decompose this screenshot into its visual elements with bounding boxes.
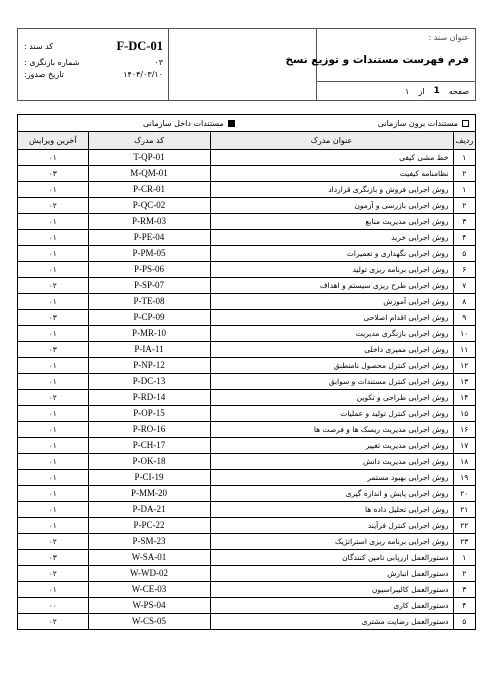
row-number: ۱۱ xyxy=(453,341,475,357)
document-code: P-MR-10 xyxy=(88,325,210,341)
code-value: F-DC-01 xyxy=(116,39,163,54)
document-code: P-CI-19 xyxy=(88,469,210,485)
table-row: ۱۲روش اجرایی کنترل محصول نامنطبقP-NP-12۰… xyxy=(18,357,475,373)
last-revision: ۰۳ xyxy=(18,341,88,357)
document-header: عنوان سند : فرم فهرست مستندات و توزیع نس… xyxy=(17,28,476,101)
table-row: ۲روش اجرایی بازرسی و آزمونP-QC-02۰۲ xyxy=(18,197,475,213)
document-title: روش اجرایی برنامه ریزی استراتژیک xyxy=(210,533,453,549)
row-number: ۱ xyxy=(453,181,475,197)
document-code: P-OK-18 xyxy=(88,453,210,469)
row-number: ۷ xyxy=(453,277,475,293)
col-header-no: ردیف xyxy=(453,132,475,149)
document-title: دستورالعمل ارزیابی تامین کنندگان xyxy=(210,549,453,565)
row-number: ۵ xyxy=(453,245,475,261)
document-title: روش اجرایی فروش و بازنگری قرارداد xyxy=(210,181,453,197)
table-row: ۷روش اجرایی طرح ریزی سیستم و اهدافP-SP-0… xyxy=(18,277,475,293)
row-number: ۲ xyxy=(453,165,475,181)
document-title: روش اجرایی کنترل فرآیند xyxy=(210,517,453,533)
table-row: ۵دستورالعمل رضایت مشتریW-CS-05۰۲ xyxy=(18,613,475,629)
table-row: ۶روش اجرایی برنامه ریزی تولیدP-PS-06۰۱ xyxy=(18,261,475,277)
row-number: ۴ xyxy=(453,597,475,613)
last-revision: ۰۱ xyxy=(18,245,88,261)
table-row: ۲دستورالعمل انبارشW-WD-02۰۲ xyxy=(18,565,475,581)
document-title: روش اجرایی بهبود مستمر xyxy=(210,469,453,485)
meta-cell: کد سند : F-DC-01 شماره بازنگری : ۰۳ تاری… xyxy=(18,29,168,100)
page-label: صفحه xyxy=(449,87,469,96)
issue-date-label: تاریخ صدور: xyxy=(24,70,64,79)
document-code: P-CR-01 xyxy=(88,181,210,197)
last-revision: ۰۳ xyxy=(18,165,88,181)
document-title: روش اجرایی خرید xyxy=(210,229,453,245)
document-title: روش اجرایی نگهداری و تعمیرات xyxy=(210,245,453,261)
last-revision: ۰۱ xyxy=(18,469,88,485)
row-number: ۱۸ xyxy=(453,453,475,469)
document-code: P-SM-23 xyxy=(88,533,210,549)
document-title: روش اجرایی کنترل محصول نامنطبق xyxy=(210,357,453,373)
table-row: ۴روش اجرایی خریدP-PE-04۰۱ xyxy=(18,229,475,245)
document-code: P-PS-06 xyxy=(88,261,210,277)
documents-table: ردیف عنوان مدرک کد مدرک آخرین ویرایش ۱خط… xyxy=(18,132,475,629)
last-revision: ۰۲ xyxy=(18,533,88,549)
last-revision: ۰۱ xyxy=(18,325,88,341)
external-docs-option[interactable]: مستندات برون سازمانی xyxy=(378,119,469,128)
document-code: P-PE-04 xyxy=(88,229,210,245)
document-title: دستورالعمل کالیبراسیون xyxy=(210,581,453,597)
document-code: P-NP-12 xyxy=(88,357,210,373)
row-number: ۱۳ xyxy=(453,373,475,389)
col-header-code: کد مدرک xyxy=(88,132,210,149)
revision-row: شماره بازنگری : ۰۳ xyxy=(24,58,163,67)
last-revision: ۰۲ xyxy=(18,197,88,213)
table-row: ۸روش اجرایی آموزشP-TE-08۰۱ xyxy=(18,293,475,309)
row-number: ۱۲ xyxy=(453,357,475,373)
document-code: W-PS-04 xyxy=(88,597,210,613)
last-revision: ۰۱ xyxy=(18,437,88,453)
document-title: روش اجرایی تحلیل داده ها xyxy=(210,501,453,517)
document-code: P-RD-14 xyxy=(88,389,210,405)
document-code: P-IA-11 xyxy=(88,341,210,357)
page-total: ۱ xyxy=(405,87,409,96)
document-title: روش اجرایی مدیریت تغییر xyxy=(210,437,453,453)
last-revision: ۰۱ xyxy=(18,261,88,277)
row-number: ۶ xyxy=(453,261,475,277)
document-title: نظامنامه کیفیت xyxy=(210,165,453,181)
internal-docs-checkbox[interactable] xyxy=(228,120,235,127)
row-number: ۲۳ xyxy=(453,533,475,549)
document-code: M-QM-01 xyxy=(88,165,210,181)
document-title: روش اجرایی بازرسی و آزمون xyxy=(210,197,453,213)
table-row: ۲۳روش اجرایی برنامه ریزی استراتژیکP-SM-2… xyxy=(18,533,475,549)
document-title: روش اجرایی ممیزی داخلی xyxy=(210,341,453,357)
row-number: ۱۵ xyxy=(453,405,475,421)
last-revision: ۰۱ xyxy=(18,229,88,245)
table-row: ۵روش اجرایی نگهداری و تعمیراتP-PM-05۰۱ xyxy=(18,245,475,261)
document-code: P-PM-05 xyxy=(88,245,210,261)
code-row: کد سند : F-DC-01 xyxy=(24,39,163,54)
document-code: P-MM-20 xyxy=(88,485,210,501)
row-number: ۱ xyxy=(453,549,475,565)
table-row: ۲نظامنامه کیفیتM-QM-01۰۳ xyxy=(18,165,475,181)
table-row: ۱خط مشی کیفیT-QP-01۰۱ xyxy=(18,149,475,165)
last-revision: ۰۱ xyxy=(18,405,88,421)
table-row: ۹روش اجرایی اقدام اصلاحیP-CP-09۰۳ xyxy=(18,309,475,325)
row-number: ۱۹ xyxy=(453,469,475,485)
document-title: خط مشی کیفی xyxy=(210,149,453,165)
document-title: روش اجرایی مدیریت ریسک ها و فرصت ها xyxy=(210,421,453,437)
row-number: ۲۲ xyxy=(453,517,475,533)
issue-date-row: تاریخ صدور: ۱۴۰۴/۰۳/۱۰ xyxy=(24,70,163,79)
table-row: ۳روش اجرایی مدیریت منابعP-RM-03۰۱ xyxy=(18,213,475,229)
row-number: ۳ xyxy=(453,581,475,597)
code-label: کد سند : xyxy=(24,42,53,51)
document-title: دستورالعمل انبارش xyxy=(210,565,453,581)
document-code: P-CP-09 xyxy=(88,309,210,325)
title-cell: عنوان سند : فرم فهرست مستندات و توزیع نس… xyxy=(316,29,475,100)
col-header-revision: آخرین ویرایش xyxy=(18,132,88,149)
last-revision: ۰۱ xyxy=(18,181,88,197)
row-number: ۱۷ xyxy=(453,437,475,453)
last-revision: ۰۳ xyxy=(18,309,88,325)
row-number: ۲ xyxy=(453,197,475,213)
document-title: روش اجرایی بازنگری مدیریت xyxy=(210,325,453,341)
page-indicator: صفحه 1 از ۱ xyxy=(317,81,475,100)
table-row: ۱۹روش اجرایی بهبود مستمرP-CI-19۰۱ xyxy=(18,469,475,485)
table-row: ۲۲روش اجرایی کنترل فرآیندP-PC-22۰۱ xyxy=(18,517,475,533)
row-number: ۲۰ xyxy=(453,485,475,501)
table-row: ۴دستورالعمل کاریW-PS-04۰۰ xyxy=(18,597,475,613)
document-code: P-DA-21 xyxy=(88,501,210,517)
row-number: ۱۶ xyxy=(453,421,475,437)
document-list: مستندات داخل سازمانی مستندات برون سازمان… xyxy=(17,114,476,630)
external-docs-checkbox[interactable] xyxy=(462,120,469,127)
external-docs-label: مستندات برون سازمانی xyxy=(378,119,458,128)
document-code: P-SP-07 xyxy=(88,277,210,293)
col-header-title: عنوان مدرک xyxy=(210,132,453,149)
last-revision: ۰۱ xyxy=(18,213,88,229)
last-revision: ۰۱ xyxy=(18,373,88,389)
last-revision: ۰۲ xyxy=(18,277,88,293)
document-code: P-DC-13 xyxy=(88,373,210,389)
last-revision: ۰۲ xyxy=(18,613,88,629)
doc-title: فرم فهرست مستندات و توزیع نسخ xyxy=(285,54,469,66)
table-row: ۱۴روش اجرایی طراحی و تکوینP-RD-14۰۲ xyxy=(18,389,475,405)
row-number: ۱۴ xyxy=(453,389,475,405)
last-revision: ۰۱ xyxy=(18,517,88,533)
table-row: ۲۱روش اجرایی تحلیل داده هاP-DA-21۰۱ xyxy=(18,501,475,517)
document-code: P-OP-15 xyxy=(88,405,210,421)
document-code: P-RO-16 xyxy=(88,421,210,437)
last-revision: ۰۱ xyxy=(18,581,88,597)
row-number: ۱ xyxy=(453,149,475,165)
page-of-label: از xyxy=(418,87,424,96)
table-row: ۱۷روش اجرایی مدیریت تغییرP-CH-17۰۱ xyxy=(18,437,475,453)
document-title: روش اجرایی طراحی و تکوین xyxy=(210,389,453,405)
document-code: W-WD-02 xyxy=(88,565,210,581)
table-row: ۳دستورالعمل کالیبراسیونW-CE-03۰۱ xyxy=(18,581,475,597)
document-code: W-CS-05 xyxy=(88,613,210,629)
document-title: دستورالعمل کاری xyxy=(210,597,453,613)
document-type-filter: مستندات داخل سازمانی مستندات برون سازمان… xyxy=(18,115,475,132)
internal-docs-option[interactable]: مستندات داخل سازمانی xyxy=(143,119,235,128)
table-row: ۱۸روش اجرایی مدیریت دانشP-OK-18۰۱ xyxy=(18,453,475,469)
row-number: ۹ xyxy=(453,309,475,325)
last-revision: ۰۱ xyxy=(18,421,88,437)
document-title: روش اجرایی برنامه ریزی تولید xyxy=(210,261,453,277)
document-title: روش اجرایی آموزش xyxy=(210,293,453,309)
row-number: ۴ xyxy=(453,229,475,245)
document-code: W-SA-01 xyxy=(88,549,210,565)
last-revision: ۰۲ xyxy=(18,565,88,581)
last-revision: ۰۱ xyxy=(18,485,88,501)
document-title: روش اجرایی مدیریت دانش xyxy=(210,453,453,469)
document-code: T-QP-01 xyxy=(88,149,210,165)
row-number: ۲۱ xyxy=(453,501,475,517)
doc-title-label: عنوان سند : xyxy=(428,33,469,42)
row-number: ۲ xyxy=(453,565,475,581)
row-number: ۸ xyxy=(453,293,475,309)
last-revision: ۰۱ xyxy=(18,501,88,517)
internal-docs-label: مستندات داخل سازمانی xyxy=(143,119,224,128)
document-code: W-CE-03 xyxy=(88,581,210,597)
table-row: ۱۶روش اجرایی مدیریت ریسک ها و فرصت هاP-R… xyxy=(18,421,475,437)
revision-value: ۰۳ xyxy=(154,58,163,67)
revision-label: شماره بازنگری : xyxy=(24,58,79,67)
last-revision: ۰۲ xyxy=(18,389,88,405)
last-revision: ۰۰ xyxy=(18,597,88,613)
document-title: روش اجرایی کنترل تولید و عملیات xyxy=(210,405,453,421)
document-title: روش اجرایی پایش و اندازه گیری xyxy=(210,485,453,501)
row-number: ۱۰ xyxy=(453,325,475,341)
document-code: P-CH-17 xyxy=(88,437,210,453)
last-revision: ۰۳ xyxy=(18,549,88,565)
table-row: ۱روش اجرایی فروش و بازنگری قراردادP-CR-0… xyxy=(18,181,475,197)
table-row: ۱دستورالعمل ارزیابی تامین کنندگانW-SA-01… xyxy=(18,549,475,565)
row-number: ۵ xyxy=(453,613,475,629)
document-title: روش اجرایی اقدام اصلاحی xyxy=(210,309,453,325)
row-number: ۳ xyxy=(453,213,475,229)
table-row: ۱۵روش اجرایی کنترل تولید و عملیاتP-OP-15… xyxy=(18,405,475,421)
document-title: روش اجرایی کنترل مستندات و سوابق xyxy=(210,373,453,389)
table-row: ۲۰روش اجرایی پایش و اندازه گیریP-MM-20۰۱ xyxy=(18,485,475,501)
document-title: روش اجرایی مدیریت منابع xyxy=(210,213,453,229)
last-revision: ۰۱ xyxy=(18,453,88,469)
issue-date-value: ۱۴۰۴/۰۳/۱۰ xyxy=(123,70,163,79)
table-row: ۱۱روش اجرایی ممیزی داخلیP-IA-11۰۳ xyxy=(18,341,475,357)
document-code: P-RM-03 xyxy=(88,213,210,229)
table-row: ۱۳روش اجرایی کنترل مستندات و سوابقP-DC-1… xyxy=(18,373,475,389)
document-code: P-QC-02 xyxy=(88,197,210,213)
last-revision: ۰۱ xyxy=(18,357,88,373)
last-revision: ۰۱ xyxy=(18,293,88,309)
last-revision: ۰۱ xyxy=(18,149,88,165)
table-header-row: ردیف عنوان مدرک کد مدرک آخرین ویرایش xyxy=(18,132,475,149)
table-row: ۱۰روش اجرایی بازنگری مدیریتP-MR-10۰۱ xyxy=(18,325,475,341)
document-title: دستورالعمل رضایت مشتری xyxy=(210,613,453,629)
document-title: روش اجرایی طرح ریزی سیستم و اهداف xyxy=(210,277,453,293)
page-current: 1 xyxy=(433,86,439,96)
document-code: P-TE-08 xyxy=(88,293,210,309)
document-code: P-PC-22 xyxy=(88,517,210,533)
